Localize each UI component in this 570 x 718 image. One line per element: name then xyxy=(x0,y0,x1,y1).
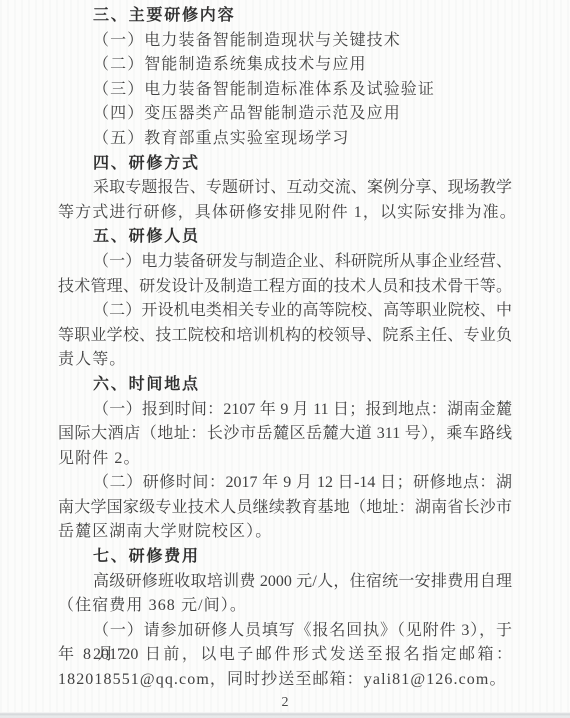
section-heading: 三、主要研修内容 xyxy=(58,4,512,29)
text-line: 采取专题报告、专题研讨、互动交流、案例分享、现场教学 xyxy=(58,176,512,201)
text-line: （住宿费用 368 元/间）。 xyxy=(58,594,512,619)
text-line: 岳麓区湖南大学财院校区）。 xyxy=(58,520,512,545)
section-heading: 五、研修人员 xyxy=(58,225,512,250)
section-heading: 六、时间地点 xyxy=(58,373,512,398)
document-body: 三、主要研修内容 （一）电力装备智能制造现状与关键技术 （二）智能制造系统集成技… xyxy=(58,4,512,693)
text-line: （一）报到时间：2107 年 9 月 11 日；报到地点：湖南金麓 xyxy=(58,398,512,423)
text-line: 见附件 2。 xyxy=(58,447,512,472)
scanned-document-page: 三、主要研修内容 （一）电力装备智能制造现状与关键技术 （二）智能制造系统集成技… xyxy=(0,0,570,718)
text-line: 等方式进行研修，具体研修安排见附件 1，以实际安排为准。 xyxy=(58,201,512,226)
text-line: （一）请参加研修人员填写《报名回执》（见附件 3），于 2017 xyxy=(58,619,512,644)
text-line: 182018551@qq.com，同时抄送至邮箱：yali81@126.com。 xyxy=(58,668,512,693)
text-line: 高级研修班收取培训费 2000 元/人，住宿统一安排费用自理 xyxy=(58,570,512,595)
text-line: 责人等。 xyxy=(58,348,512,373)
text-line: （三）电力装备智能制造标准体系及试验验证 xyxy=(58,78,512,103)
text-line: （二）智能制造系统集成技术与应用 xyxy=(58,53,512,78)
text-line: 国际大酒店（地址：长沙市岳麓区岳麓大道 311 号），乘车路线 xyxy=(58,422,512,447)
text-line: （二）开设机电类相关专业的高等院校、高等职业院校、中 xyxy=(58,299,512,324)
page-number: 2 xyxy=(0,695,570,711)
text-line: （五）教育部重点实验室现场学习 xyxy=(58,127,512,152)
text-line: （一）电力装备智能制造现状与关键技术 xyxy=(58,29,512,54)
text-line: 年 8 月 20 日前，以电子邮件形式发送至报名指定邮箱： xyxy=(58,643,512,668)
text-line: （四）变压器类产品智能制造示范及应用 xyxy=(58,102,512,127)
text-line: （二）研修时间：2017 年 9 月 12 日-14 日；研修地点：湖 xyxy=(58,471,512,496)
page-bottom-edge xyxy=(0,712,570,718)
text-line: 技术管理、研发设计及制造工程方面的技术人员和技术骨干等。 xyxy=(58,275,512,300)
section-heading: 七、研修费用 xyxy=(58,545,512,570)
text-line: 等职业学校、技工院校和培训机构的校领导、院系主任、专业负 xyxy=(58,324,512,349)
section-heading: 四、研修方式 xyxy=(58,152,512,177)
text-line: （一）电力装备研发与制造企业、科研院所从事企业经营、 xyxy=(58,250,512,275)
text-line: 南大学国家级专业技术人员继续教育基地（地址：湖南省长沙市 xyxy=(58,496,512,521)
